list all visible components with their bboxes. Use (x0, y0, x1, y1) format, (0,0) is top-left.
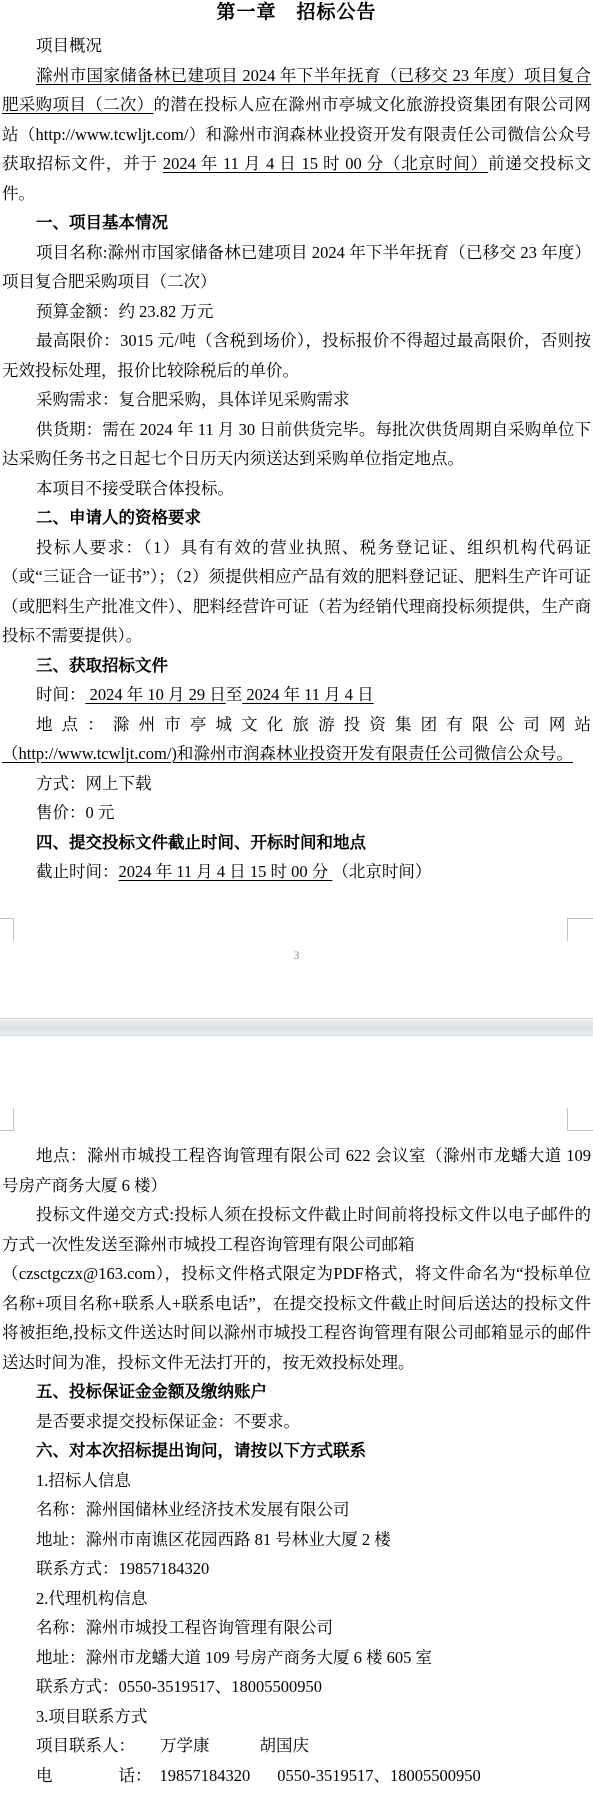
document: 第一章 招标公告 项目概况 滁州市国家储备林已建项目 2024 年下半年抚育（已… (0, 0, 593, 1795)
submission-email-paragraph: （czsctgczx@163.com），投标文件格式限定为PDF格式，将文件命名… (2, 1259, 591, 1377)
doc-time-start-underlined: 2024 年 10 月 29 日 (86, 685, 226, 704)
bidder-address-line: 地址：滁州市南谯区花园西路 81 号林业大厦 2 楼 (2, 1525, 591, 1555)
project-phones-row: 电 话：198571843200550-3519517、18005500950 (2, 1761, 591, 1791)
contact-person-1: 万学康 (160, 1736, 210, 1755)
intro-paragraph: 滁州市国家储备林已建项目 2024 年下半年抚育（已移交 23 年度）项目复合肥… (2, 61, 591, 209)
page-1: 第一章 招标公告 项目概况 滁州市国家储备林已建项目 2024 年下半年抚育（已… (0, 0, 593, 1018)
page-number: 3 (0, 948, 593, 962)
doc-time-line: 时间： 2024 年 10 月 29 日至 2024 年 11 月 4 日 (2, 680, 591, 710)
section3-heading: 三、获取招标文件 (2, 651, 591, 681)
section1-heading: 一、项目基本情况 (2, 208, 591, 238)
section4-heading: 四、提交投标文件截止时间、开标时间和地点 (2, 828, 591, 858)
budget-line: 预算金额：约 23.82 万元 (2, 297, 591, 327)
doc-method-line: 方式：网上下载 (2, 769, 591, 799)
opening-place-line: 地点：滁州市城投工程咨询管理有限公司 622 会议室（滁州市龙蟠大道 109 号… (2, 1141, 591, 1200)
doc-time-end-underlined: 2024 年 11 月 4 日 (242, 685, 373, 704)
contact-person-2: 胡国庆 (260, 1736, 310, 1755)
bid-bond-line: 是否要求提交投标保证金：不要求。 (2, 1407, 591, 1437)
deadline-label: 截止时间： (36, 862, 119, 881)
section6-heading: 六、对本次招标提出询问，请按以下方式联系 (2, 1436, 591, 1466)
supply-period-line: 供货期：需在 2024 年 11 月 30 日前供货完毕。每批次供货周期自采购单… (2, 415, 591, 474)
section5-heading: 五、投标保证金金额及缴纳账户 (2, 1377, 591, 1407)
no-consortium-line: 本项目不接受联合体投标。 (2, 474, 591, 504)
doc-time-to: 至 (226, 685, 243, 704)
margin-mark-bottom-right (567, 918, 593, 941)
phone-label: 电 话： (36, 1766, 152, 1785)
demand-line: 采购需求：复合肥采购，具体详见采购需求 (2, 385, 591, 415)
project-overview-label: 项目概况 (2, 31, 591, 61)
max-price-line: 最高限价：3015 元/吨（含税到场价），投标报价不得超过最高限价，否则按无效投… (2, 326, 591, 385)
chapter-title: 第一章 招标公告 (2, 1, 591, 25)
agency-contact-line: 联系方式：0550-3519517、18005500950 (2, 1672, 591, 1702)
page-separator (0, 1018, 593, 1036)
deadline-underlined: 2024 年 11 月 4 日 15 时 00 分 (119, 862, 333, 881)
contacts-label: 项目联系人： (36, 1736, 135, 1755)
doc-price-line: 售价：0 元 (2, 798, 591, 828)
agency-name-line: 名称：滁州市城投工程咨询管理有限公司 (2, 1613, 591, 1643)
contact-phone-2: 0550-3519517、18005500950 (277, 1766, 481, 1785)
contact-phone-1: 19857184320 (160, 1766, 251, 1785)
margin-mark-top-right (567, 1108, 593, 1131)
intro-deadline-underlined: 2024 年 11 月 4 日 15 时 00 分（北京时间） (163, 154, 488, 173)
project-contact-title: 3.项目联系方式 (2, 1702, 591, 1732)
bidder-info-title: 1.招标人信息 (2, 1466, 591, 1496)
page-2: 地点：滁州市城投工程咨询管理有限公司 622 会议室（滁州市龙蟠大道 109 号… (0, 1036, 593, 1795)
doc-place-url-underlined: （http://www.tcwljt.com/)和滁州市润森林业投资开发有限责任… (2, 744, 573, 763)
doc-place-line: 地点：滁州市亭城文化旅游投资集团有限公司网站 (2, 710, 591, 740)
submission-method-paragraph: 投标文件递交方式:投标人须在投标文件截止时间前将投标文件以电子邮件的方式一次性发… (2, 1200, 591, 1259)
deadline-timezone: （北京时间） (332, 862, 431, 881)
agency-info-title: 2.代理机构信息 (2, 1584, 591, 1614)
bidder-contact-line: 联系方式：19857184320 (2, 1554, 591, 1584)
submission-deadline-line: 截止时间：2024 年 11 月 4 日 15 时 00 分 （北京时间） (2, 857, 591, 887)
qualification-paragraph: 投标人要求：（1）具有有效的营业执照、税务登记证、组织机构代码证（或“三证合一证… (2, 533, 591, 651)
doc-place-url-line: （http://www.tcwljt.com/)和滁州市润森林业投资开发有限责任… (2, 739, 591, 769)
margin-mark-top-left (0, 1108, 14, 1131)
project-name-line: 项目名称:滁州市国家储备林已建项目 2024 年下半年抚育（已移交 23 年度）… (2, 238, 591, 297)
agency-address-line: 地址：滁州市龙蟠大道 109 号房产商务大厦 6 楼 605 室 (2, 1643, 591, 1673)
margin-mark-bottom-left (0, 918, 14, 941)
project-contacts-row: 项目联系人：万学康胡国庆 (2, 1731, 591, 1761)
doc-time-label: 时间： (36, 685, 86, 704)
section2-heading: 二、申请人的资格要求 (2, 503, 591, 533)
bidder-name-line: 名称：滁州国储林业经济技术发展有限公司 (2, 1495, 591, 1525)
